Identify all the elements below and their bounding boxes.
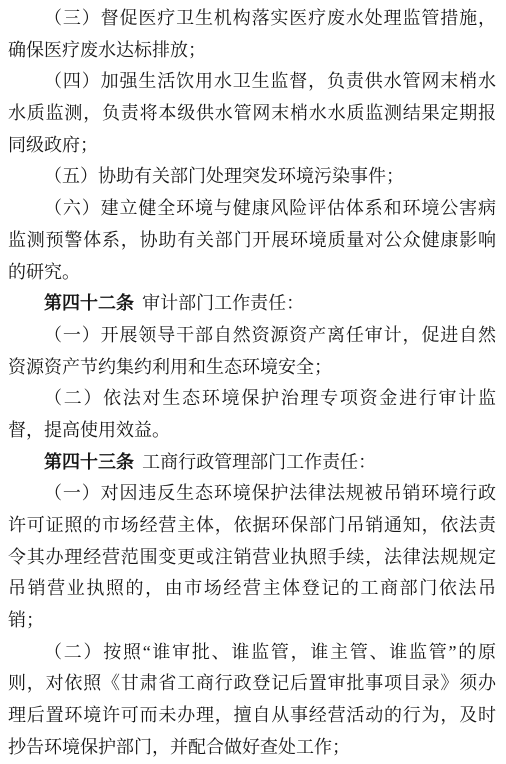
text-line: （二）依法对生态环境保护治理专项资金进行审计监 [8, 383, 496, 415]
text-line: （一）对因违反生态环境保护法律法规被吊销环境行政 [8, 478, 496, 510]
article-number: 第四十三条 [44, 452, 134, 472]
text-line: 确保医疗废水达标排放； [8, 35, 496, 67]
text-line: 监测预警体系，协助有关部门开展环境质量对公众健康影响 [8, 225, 496, 257]
text-line: 理后置环境许可而未办理，擅自从事经营活动的行为，及时 [8, 700, 496, 732]
article-title: 审计部门工作责任： [142, 293, 304, 313]
text-line: 水质监测，负责将本级供水管网末梢水水质监测结果定期报 [8, 98, 496, 130]
text-line: 令其办理经营范围变更或注销营业执照手续，法律法规规定 [8, 542, 496, 574]
text-line: （二）按照“谁审批、谁监管，谁主管、谁监管”的原 [8, 637, 496, 669]
text-line: （五）协助有关部门处理突发环境污染事件； [8, 161, 496, 193]
text-line: （六）建立健全环境与健康风险评估体系和环境公害病 [8, 193, 496, 225]
article-title: 工商行政管理部门工作责任： [142, 452, 376, 472]
document-page: （三）督促医疗卫生机构落实医疗废水处理监管措施， 确保医疗废水达标排放； （四）… [0, 0, 506, 764]
article-number: 第四十二条 [44, 293, 134, 313]
article-heading: 第四十二条审计部门工作责任： [8, 288, 496, 320]
text-line: （一）开展领导干部自然资源资产离任审计，促进自然 [8, 320, 496, 352]
text-line: 许可证照的市场经营主体，依据环保部门吊销通知，依法责 [8, 510, 496, 542]
text-line: 抄告环境保护部门，并配合做好查处工作； [8, 732, 496, 764]
text-line: 则，对依照《甘肃省工商行政登记后置审批事项目录》须办 [8, 668, 496, 700]
text-line: 督，提高使用效益。 [8, 415, 496, 447]
text-line: （四）加强生活饮用水卫生监督，负责供水管网末梢水 [8, 66, 496, 98]
text-line: 同级政府； [8, 130, 496, 162]
text-line: 吊销营业执照的，由市场经营主体登记的工商部门依法吊 [8, 573, 496, 605]
text-line: 的研究。 [8, 257, 496, 289]
text-line: 销； [8, 605, 496, 637]
text-line: 资源资产节约集约利用和生态环境安全； [8, 352, 496, 384]
article-heading: 第四十三条工商行政管理部门工作责任： [8, 447, 496, 479]
text-line: （三）督促医疗卫生机构落实医疗废水处理监管措施， [8, 3, 496, 35]
